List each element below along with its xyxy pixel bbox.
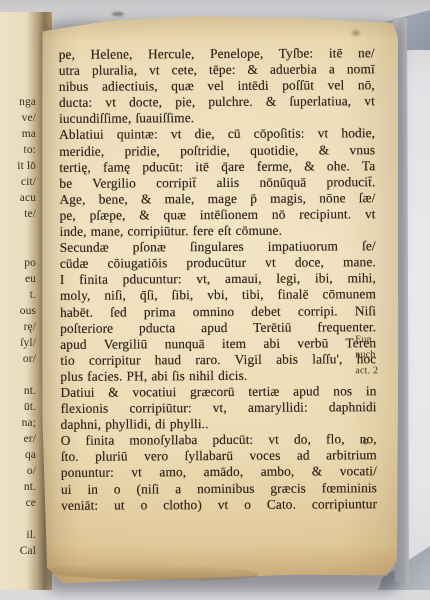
margin-note-line: nuch xyxy=(355,347,399,363)
text-line: inde, mane, corripiūtur. fere eſt cōmune… xyxy=(60,222,376,240)
text-line: ſto. pluriū vero ſyllabarū voces ad arbi… xyxy=(61,448,377,466)
text-line: nibus adiectiuis, quæ vel intēdi poſſūt … xyxy=(59,77,375,95)
facing-page-line-fragment: or/ xyxy=(0,351,36,367)
text-line: meridie, pridie, poſtridie, quotidie, & … xyxy=(59,142,375,160)
facing-page-line-fragment xyxy=(0,223,36,239)
facing-page-line-fragment: eu xyxy=(0,271,36,287)
text-line: poſteriore pducta apud Terētiū frequente… xyxy=(60,319,376,337)
text-line: Secundæ pſonæ ſingulares impatiuorum ſe/ xyxy=(60,238,376,256)
text-line: O finita monoſyllaba pducūt: vt do, flo,… xyxy=(61,431,377,449)
facing-page-line-fragment: ma xyxy=(0,126,36,142)
text-line: ponuntur: vt amo, amādo, ambo, & vocati/ xyxy=(61,464,377,482)
text-line: habēt. ſed prima omnino debet corripi. N… xyxy=(60,303,376,321)
text-line: moly, niſi, q̄ſi, ſibi, vbi, tibi, final… xyxy=(60,287,376,305)
text-line: I finita pducuntur: vt, amaui, legi, ibi… xyxy=(60,270,376,288)
facing-page-text-fragments: ngave/mato:it lōcit/acute/poeut.ousrę/ſy… xyxy=(0,46,36,560)
text-line: iucundiſſime, ſuauiſſime. xyxy=(59,110,375,128)
facing-page-line-fragment: ce xyxy=(0,495,36,511)
margin-note-line: Eun xyxy=(355,332,399,348)
facing-page-line-fragment: o/ xyxy=(0,463,36,479)
page-text-block: pe, Helene, Hercule, Penelope, Tyſbe: it… xyxy=(59,45,377,513)
text-line: ducta: vt docte, pie, pulchre. & ſuperla… xyxy=(59,93,375,111)
facing-page-line-fragment: po xyxy=(0,255,36,271)
facing-page-line-fragment: rę/ xyxy=(0,319,36,335)
facing-page-line-fragment xyxy=(0,239,36,255)
text-line: pe, pſæpe, & quæ intēſionem nō recipiunt… xyxy=(60,206,376,224)
facing-page-line-fragment: nt. xyxy=(0,479,36,495)
text-line: Ablatiui quintæ: vt die, cū cōpoſitis: v… xyxy=(59,126,375,144)
facing-page-line-fragment: t. xyxy=(0,287,36,303)
facing-page-line-fragment xyxy=(0,367,36,383)
text-line: pe, Helene, Hercule, Penelope, Tyſbe: it… xyxy=(59,45,375,63)
margin-note-eunuch: Eunnuchact. 2 xyxy=(355,332,399,378)
facing-page-line-fragment: qa xyxy=(0,447,36,463)
text-line: cūdæ cōiugatiōis producūtur vt doce, man… xyxy=(60,254,376,272)
text-line: ui in o (niſi a nominibus græcis fœminin… xyxy=(61,480,377,498)
facing-page-line-fragment: ve/ xyxy=(0,110,36,126)
facing-page-line-fragment: nga xyxy=(0,94,36,110)
facing-page-line-fragment: to: xyxy=(0,142,36,158)
text-line: tio corripitur haud raro. Vigil abis laſ… xyxy=(60,351,376,369)
facing-page-line-fragment: il. xyxy=(0,527,36,543)
facing-page-line-fragment: ſyl/ xyxy=(0,335,36,351)
book-photo: ngave/mato:it lōcit/acute/poeut.ousrę/ſy… xyxy=(0,0,430,600)
facing-page-line-fragment: acu xyxy=(0,190,36,206)
text-line: plus facies. PH, abi ſis nihil dicis. xyxy=(60,367,376,385)
text-line: be Vergilio corripit̄ aliis nōnūquā prod… xyxy=(59,174,375,192)
text-line: Age, bene, & male, mage p̄ magis, nōne ſ… xyxy=(59,190,375,208)
facing-page-line-fragment xyxy=(0,511,36,527)
ink-speck xyxy=(112,12,124,16)
margin-note-o: o xyxy=(363,435,369,447)
facing-page-line-fragment: er/ xyxy=(0,431,36,447)
facing-page-line-fragment: nt. xyxy=(0,383,36,399)
text-line: apud Vergiliū nunquā item abi verbū Tere… xyxy=(60,335,376,353)
margin-note-line: act. 2 xyxy=(355,363,399,379)
text-line: flexionis corripiūtur: vt, amaryllidi: d… xyxy=(61,399,377,417)
text-line: utra pluralia, vt cete, tēpe: & aduerbia… xyxy=(59,61,375,79)
book-page: pe, Helene, Hercule, Penelope, Tyſbe: it… xyxy=(38,11,401,591)
facing-page-line-fragment: it lō xyxy=(0,158,36,174)
text-line: tertię, famę pducūt: itē q̄are ferme, & … xyxy=(59,158,375,176)
facing-page-line-fragment: te/ xyxy=(0,206,36,222)
facing-page-line-fragment: ūt. xyxy=(0,399,36,415)
facing-page-line-fragment: ous xyxy=(0,303,36,319)
text-line: daphni, phyllidi, di phylli.. xyxy=(61,415,377,433)
facing-page-line-fragment: Cal xyxy=(0,543,36,559)
text-line: veniāt: ut o clotho) vt o Cato. corripiu… xyxy=(61,496,377,514)
facing-page-line-fragment: cit/ xyxy=(0,174,36,190)
text-line: Datiui & vocatiui græcorū tertiæ apud no… xyxy=(60,383,376,401)
facing-page-line-fragment: na; xyxy=(0,415,36,431)
